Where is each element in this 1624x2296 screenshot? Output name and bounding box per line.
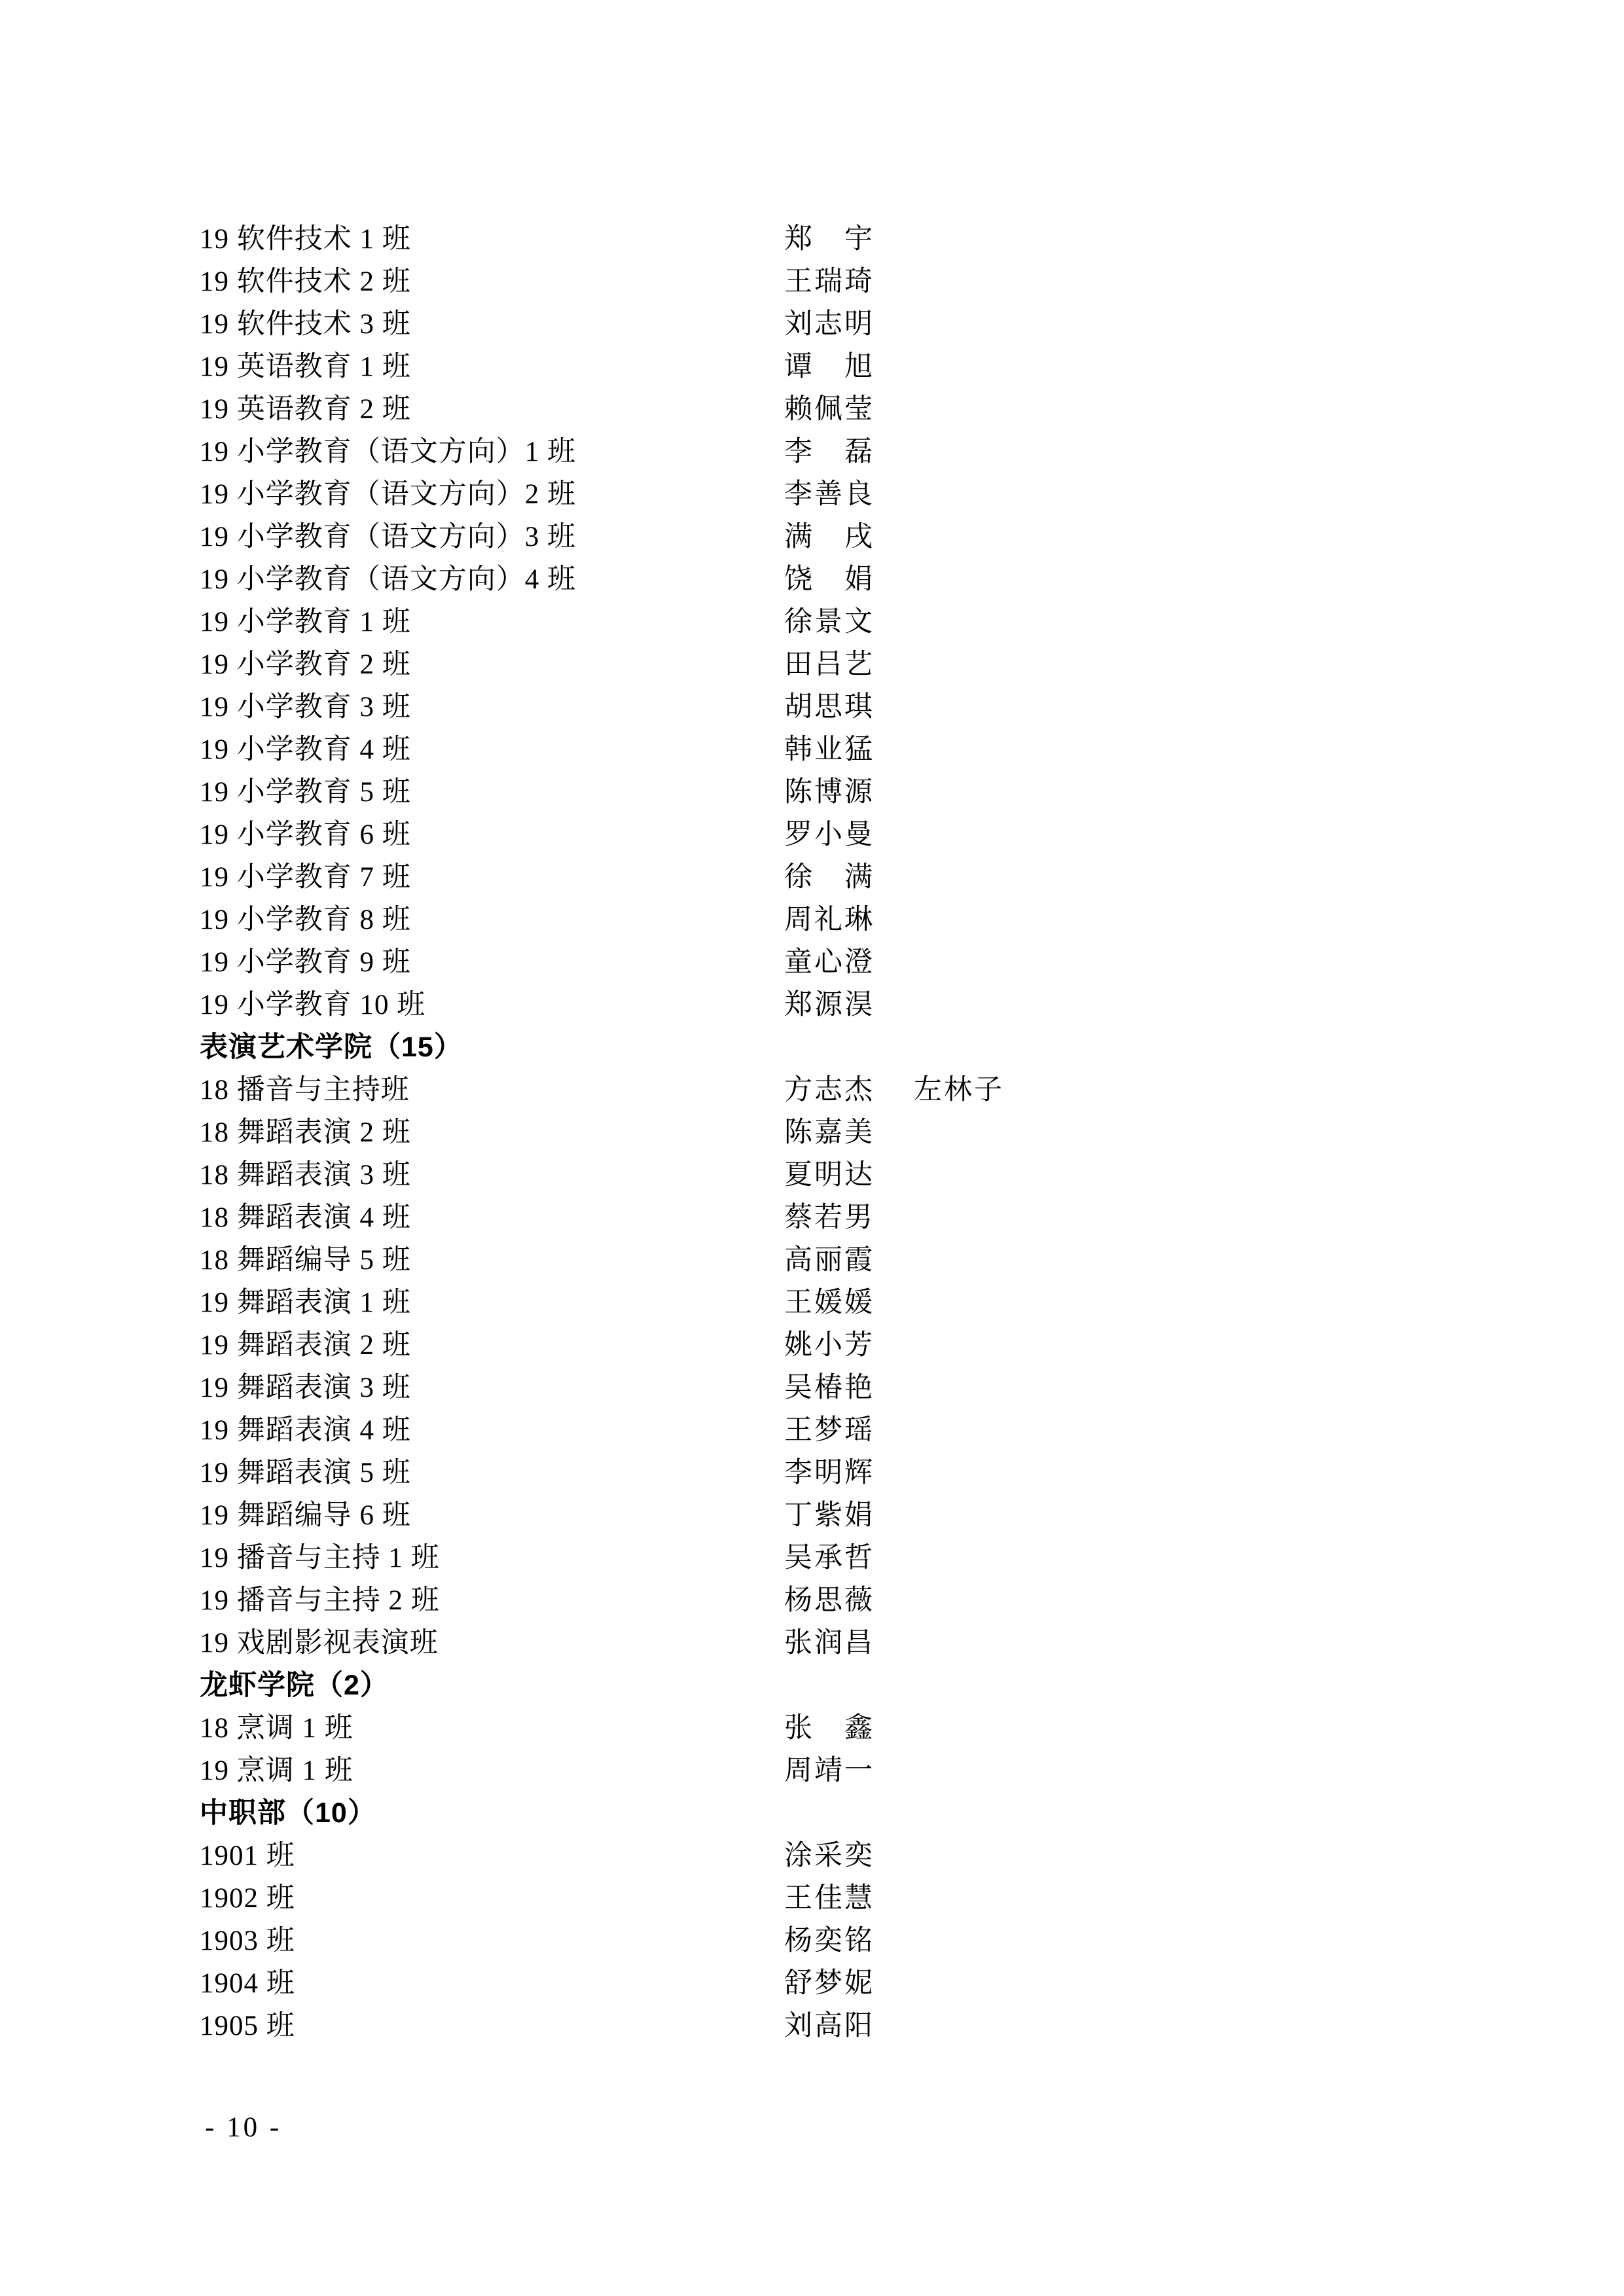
- section-header-row: 表演艺术学院（15）: [200, 1026, 1509, 1069]
- roster-row: 19 舞蹈表演 2 班 姚小芳: [200, 1324, 1509, 1367]
- student-names: 王媛媛: [784, 1282, 875, 1330]
- class-name: 18 舞蹈编导 5 班: [200, 1245, 411, 1276]
- student-names: 徐景文: [784, 601, 875, 649]
- class-name: 1905 班: [200, 2011, 295, 2041]
- roster-row: 18 舞蹈编导 5 班 高丽霞: [200, 1239, 1509, 1282]
- student-names: 郑 宇: [784, 218, 875, 266]
- student-name: 张 鑫: [784, 1713, 875, 1744]
- student-name: 郑源淏: [784, 990, 875, 1020]
- class-name: 19 舞蹈表演 4 班: [200, 1415, 411, 1446]
- student-name: 周礼琳: [784, 905, 875, 935]
- student-names: 吴承哲: [784, 1537, 875, 1585]
- student-name: 饶 娟: [784, 564, 875, 595]
- student-names: 郑源淏: [784, 984, 875, 1032]
- class-name: 19 舞蹈表演 1 班: [200, 1287, 411, 1318]
- class-name: 18 烹调 1 班: [200, 1713, 353, 1744]
- roster-row: 1901 班 涂采奕: [200, 1835, 1509, 1877]
- student-name: 李善良: [784, 479, 875, 510]
- student-names: 徐 满: [784, 856, 875, 905]
- roster-row: 19 舞蹈编导 6 班 丁紫娟: [200, 1494, 1509, 1537]
- student-names: 满 戌: [784, 516, 875, 564]
- student-names: 刘高阳: [784, 2005, 875, 2053]
- class-name: 19 软件技术 3 班: [200, 309, 411, 340]
- roster-row: 19 舞蹈表演 4 班 王梦瑶: [200, 1409, 1509, 1452]
- roster-row: 18 舞蹈表演 3 班 夏明达: [200, 1154, 1509, 1196]
- student-name: 李明辉: [784, 1458, 875, 1488]
- student-name: 李 磊: [784, 437, 875, 467]
- roster-row: 19 舞蹈表演 5 班 李明辉: [200, 1452, 1509, 1494]
- student-name: 王梦瑶: [784, 1415, 875, 1446]
- class-name: 19 小学教育 3 班: [200, 692, 411, 723]
- roster-row: 19 英语教育 1 班 谭 旭: [200, 346, 1509, 388]
- class-name: 19 小学教育 1 班: [200, 607, 411, 637]
- student-name: 蔡若男: [784, 1202, 875, 1233]
- student-names: 蔡若男: [784, 1196, 875, 1245]
- roster-row: 19 小学教育 5 班 陈博源: [200, 771, 1509, 814]
- roster-row: 19 小学教育（语文方向）2 班 李善良: [200, 473, 1509, 516]
- class-name: 19 英语教育 1 班: [200, 351, 411, 382]
- student-name: 丁紫娟: [784, 1500, 875, 1531]
- roster-row: 18 播音与主持班 方志杰左林子: [200, 1069, 1509, 1111]
- class-name: 19 小学教育 4 班: [200, 734, 411, 765]
- student-name: 赖佩莹: [784, 394, 875, 425]
- student-name: 杨思薇: [784, 1585, 875, 1616]
- class-name: 19 软件技术 2 班: [200, 266, 411, 297]
- class-name: 19 舞蹈表演 3 班: [200, 1372, 411, 1403]
- roster-row: 19 小学教育（语文方向）4 班 饶 娟: [200, 558, 1509, 601]
- roster-row: 19 戏剧影视表演班 张润昌: [200, 1622, 1509, 1664]
- student-name: 胡思琪: [784, 692, 875, 723]
- student-name: 罗小曼: [784, 819, 875, 850]
- roster-row: 18 舞蹈表演 4 班 蔡若男: [200, 1196, 1509, 1239]
- student-names: 童心澄: [784, 941, 875, 990]
- class-name: 19 英语教育 2 班: [200, 394, 411, 425]
- student-name: 涂采奕: [784, 1840, 875, 1871]
- roster-row: 19 小学教育 2 班 田吕艺: [200, 643, 1509, 686]
- class-name: 19 小学教育 6 班: [200, 819, 411, 850]
- student-name: 徐景文: [784, 607, 875, 637]
- student-names: 韩业猛: [784, 728, 875, 777]
- class-name: 1903 班: [200, 1926, 295, 1956]
- roster-row: 18 烹调 1 班 张 鑫: [200, 1707, 1509, 1749]
- class-name: 19 小学教育 7 班: [200, 862, 411, 893]
- roster-row: 1905 班 刘高阳: [200, 2005, 1509, 2047]
- roster-row: 19 小学教育 1 班 徐景文: [200, 601, 1509, 643]
- student-names: 李善良: [784, 473, 875, 522]
- student-names: 高丽霞: [784, 1239, 875, 1287]
- roster-row: 19 播音与主持 1 班 吴承哲: [200, 1537, 1509, 1579]
- student-name: 田吕艺: [784, 649, 875, 680]
- roster-list: 19 软件技术 1 班 郑 宇 19 软件技术 2 班 王瑞琦 19 软件技术 …: [200, 218, 1509, 2047]
- student-name: 郑 宇: [784, 224, 875, 255]
- roster-row: 1903 班 杨奕铭: [200, 1920, 1509, 1962]
- roster-row: 19 小学教育 7 班 徐 满: [200, 856, 1509, 899]
- class-name: 19 小学教育 10 班: [200, 990, 425, 1020]
- student-names: 田吕艺: [784, 643, 875, 692]
- student-name: 韩业猛: [784, 734, 875, 765]
- roster-row: 19 小学教育 8 班 周礼琳: [200, 899, 1509, 941]
- student-names: 罗小曼: [784, 814, 875, 862]
- document-page: 19 软件技术 1 班 郑 宇 19 软件技术 2 班 王瑞琦 19 软件技术 …: [0, 0, 1624, 2296]
- roster-row: 19 小学教育（语文方向）3 班 满 戌: [200, 516, 1509, 558]
- class-name: 18 舞蹈表演 3 班: [200, 1160, 411, 1191]
- student-name: 陈博源: [784, 777, 875, 808]
- student-name: 童心澄: [784, 947, 875, 978]
- student-name: 吴承哲: [784, 1543, 875, 1573]
- student-names: 王瑞琦: [784, 260, 875, 309]
- class-name: 19 软件技术 1 班: [200, 224, 411, 255]
- student-name: 姚小芳: [784, 1330, 875, 1361]
- roster-row: 19 小学教育 9 班 童心澄: [200, 941, 1509, 984]
- student-name: 徐 满: [784, 862, 875, 893]
- section-header-row: 龙虾学院（2）: [200, 1664, 1509, 1707]
- roster-row: 19 小学教育 4 班 韩业猛: [200, 728, 1509, 771]
- student-name: 陈嘉美: [784, 1117, 875, 1148]
- class-name: 19 小学教育（语文方向）1 班: [200, 437, 576, 467]
- roster-row: 19 软件技术 1 班 郑 宇: [200, 218, 1509, 260]
- student-names: 张润昌: [784, 1622, 875, 1670]
- student-name: 方志杰: [784, 1075, 875, 1105]
- student-names: 陈博源: [784, 771, 875, 819]
- student-names: 涂采奕: [784, 1835, 875, 1883]
- student-names: 胡思琪: [784, 686, 875, 734]
- student-names: 舒梦妮: [784, 1962, 875, 2011]
- class-name: 18 播音与主持班: [200, 1075, 410, 1105]
- student-names: 杨思薇: [784, 1579, 875, 1628]
- class-name: 19 烹调 1 班: [200, 1755, 353, 1786]
- class-name: 19 播音与主持 2 班: [200, 1585, 440, 1616]
- roster-row: 19 舞蹈表演 1 班 王媛媛: [200, 1282, 1509, 1324]
- student-names: 吴椿艳: [784, 1367, 875, 1415]
- student-names: 周礼琳: [784, 899, 875, 947]
- student-names: 李明辉: [784, 1452, 875, 1500]
- class-name: 19 小学教育 8 班: [200, 905, 411, 935]
- roster-row: 19 小学教育 3 班 胡思琪: [200, 686, 1509, 728]
- student-name: 吴椿艳: [784, 1372, 875, 1403]
- roster-row: 19 舞蹈表演 3 班 吴椿艳: [200, 1367, 1509, 1409]
- student-names: 陈嘉美: [784, 1111, 875, 1160]
- roster-row: 19 英语教育 2 班 赖佩莹: [200, 388, 1509, 431]
- class-name: 19 小学教育（语文方向）4 班: [200, 564, 576, 595]
- student-names: 王佳慧: [784, 1877, 875, 1926]
- student-names: 方志杰左林子: [784, 1069, 1004, 1117]
- roster-row: 19 小学教育 6 班 罗小曼: [200, 814, 1509, 856]
- roster-row: 1904 班 舒梦妮: [200, 1962, 1509, 2005]
- student-name: 左林子: [914, 1075, 1004, 1105]
- roster-row: 1902 班 王佳慧: [200, 1877, 1509, 1920]
- class-name: 1901 班: [200, 1840, 295, 1871]
- section-header-row: 中职部（10）: [200, 1792, 1509, 1835]
- roster-row: 19 播音与主持 2 班 杨思薇: [200, 1579, 1509, 1622]
- student-name: 王瑞琦: [784, 266, 875, 297]
- class-name: 19 播音与主持 1 班: [200, 1543, 440, 1573]
- student-name: 刘高阳: [784, 2011, 875, 2041]
- roster-row: 19 软件技术 3 班 刘志明: [200, 303, 1509, 346]
- student-name: 杨奕铭: [784, 1926, 875, 1956]
- roster-row: 19 软件技术 2 班 王瑞琦: [200, 260, 1509, 303]
- student-names: 谭 旭: [784, 346, 875, 394]
- student-name: 王媛媛: [784, 1287, 875, 1318]
- class-name: 19 舞蹈表演 5 班: [200, 1458, 411, 1488]
- class-name: 19 小学教育 9 班: [200, 947, 411, 978]
- student-names: 王梦瑶: [784, 1409, 875, 1458]
- class-name: 19 小学教育（语文方向）3 班: [200, 522, 576, 552]
- class-name: 19 小学教育 5 班: [200, 777, 411, 808]
- student-name: 高丽霞: [784, 1245, 875, 1276]
- class-name: 1902 班: [200, 1883, 295, 1914]
- class-name: 19 小学教育 2 班: [200, 649, 411, 680]
- student-name: 张润昌: [784, 1628, 875, 1659]
- student-names: 李 磊: [784, 431, 875, 479]
- student-names: 夏明达: [784, 1154, 875, 1202]
- roster-row: 19 小学教育 10 班 郑源淏: [200, 984, 1509, 1026]
- roster-row: 19 小学教育（语文方向）1 班 李 磊: [200, 431, 1509, 473]
- class-name: 18 舞蹈表演 4 班: [200, 1202, 411, 1233]
- student-names: 丁紫娟: [784, 1494, 875, 1543]
- class-name: 19 舞蹈表演 2 班: [200, 1330, 411, 1361]
- student-names: 刘志明: [784, 303, 875, 351]
- roster-row: 18 舞蹈表演 2 班 陈嘉美: [200, 1111, 1509, 1154]
- page-number: - 10 -: [205, 2111, 281, 2144]
- student-name: 王佳慧: [784, 1883, 875, 1914]
- student-names: 赖佩莹: [784, 388, 875, 437]
- student-names: 饶 娟: [784, 558, 875, 607]
- student-name: 舒梦妮: [784, 1968, 875, 1999]
- student-name: 刘志明: [784, 309, 875, 340]
- section-header: 中职部（10）: [200, 1797, 376, 1829]
- section-header: 表演艺术学院（15）: [200, 1031, 463, 1063]
- student-names: 杨奕铭: [784, 1920, 875, 1968]
- student-names: 张 鑫: [784, 1707, 875, 1755]
- class-name: 1904 班: [200, 1968, 295, 1999]
- section-header: 龙虾学院（2）: [200, 1670, 389, 1701]
- student-name: 周靖一: [784, 1755, 875, 1786]
- student-name: 谭 旭: [784, 351, 875, 382]
- student-name: 满 戌: [784, 522, 875, 552]
- roster-row: 19 烹调 1 班 周靖一: [200, 1749, 1509, 1792]
- student-names: 姚小芳: [784, 1324, 875, 1372]
- class-name: 19 小学教育（语文方向）2 班: [200, 479, 576, 510]
- class-name: 18 舞蹈表演 2 班: [200, 1117, 411, 1148]
- class-name: 19 舞蹈编导 6 班: [200, 1500, 411, 1531]
- student-name: 夏明达: [784, 1160, 875, 1191]
- class-name: 19 戏剧影视表演班: [200, 1628, 439, 1659]
- student-names: 周靖一: [784, 1749, 875, 1798]
